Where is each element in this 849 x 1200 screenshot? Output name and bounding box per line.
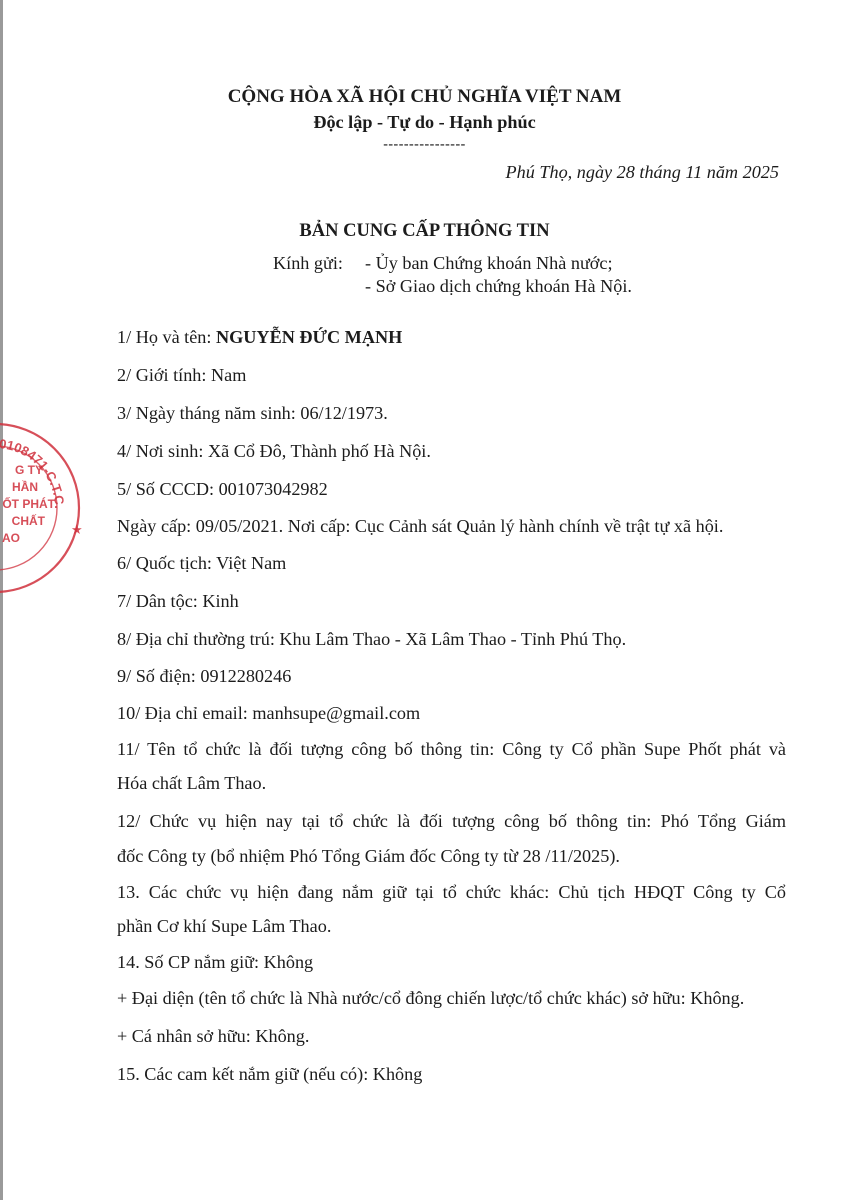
item-id-number: 5/ Số CCCD: 001073042982 xyxy=(117,478,328,500)
header-separator: ---------------- xyxy=(0,134,849,156)
item-id-issue: Ngày cấp: 09/05/2021. Nơi cấp: Cục Cảnh … xyxy=(117,515,723,537)
place-date: Phú Thọ, ngày 28 tháng 11 năm 2025 xyxy=(506,161,779,183)
national-motto: Độc lập - Tự do - Hạnh phúc xyxy=(0,111,849,133)
document-title: BẢN CUNG CẤP THÔNG TIN xyxy=(0,220,849,242)
item-email: 10/ Địa chỉ email: manhsupe@gmail.com xyxy=(117,702,420,724)
item-holding-commitments: 15. Các cam kết nắm giữ (nếu có): Không xyxy=(117,1063,422,1085)
item-shares-personal: + Cá nhân sở hữu: Không. xyxy=(117,1025,309,1047)
item-position-line1: 12/ Chức vụ hiện nay tại tổ chức là đối … xyxy=(117,810,786,832)
item-shares-represented: + Đại diện (tên tổ chức là Nhà nước/cổ đ… xyxy=(117,987,744,1009)
svg-text:G TY: G TY xyxy=(15,463,43,477)
item-ethnicity: 7/ Dân tộc: Kinh xyxy=(117,590,239,612)
recipient-hnx: - Sở Giao dịch chứng khoán Hà Nội. xyxy=(365,275,632,297)
item-birth-place: 4/ Nơi sinh: Xã Cổ Đô, Thành phố Hà Nội. xyxy=(117,440,431,462)
item-nationality: 6/ Quốc tịch: Việt Nam xyxy=(117,552,286,574)
national-title: CỘNG HÒA XÃ HỘI CHỦ NGHĨA VIỆT NAM xyxy=(0,86,849,108)
svg-text:CHẤT: CHẤT xyxy=(12,513,46,528)
item-shares-held: 14. Số CP nắm giữ: Không xyxy=(117,951,313,973)
item-organization-line2: Hóa chất Lâm Thao. xyxy=(117,772,266,794)
item-other-positions-line2: phần Cơ khí Supe Lâm Thao. xyxy=(117,915,331,937)
scan-edge xyxy=(0,0,3,1200)
item-phone: 9/ Số điện: 0912280246 xyxy=(117,665,291,687)
star-icon: ★ xyxy=(71,522,83,537)
svg-text:HẦN: HẦN xyxy=(12,479,38,494)
company-seal: 0108471-C.T.C.P PHÚ THỌ G TY HẦN ỐT PHÁT… xyxy=(0,418,85,598)
item-other-positions-line1: 13. Các chức vụ hiện đang nắm giữ tại tổ… xyxy=(117,881,786,903)
item-birth-date: 3/ Ngày tháng năm sinh: 06/12/1973. xyxy=(117,402,388,424)
full-name-label: 1/ Họ và tên: xyxy=(117,327,216,347)
item-full-name: 1/ Họ và tên: NGUYỄN ĐỨC MẠNH xyxy=(117,326,402,348)
recipients-label: Kính gửi: xyxy=(273,252,343,274)
item-position-line2: đốc Công ty (bổ nhiệm Phó Tổng Giám đốc … xyxy=(117,845,620,867)
svg-text:AO: AO xyxy=(2,531,20,545)
item-gender: 2/ Giới tính: Nam xyxy=(117,364,246,386)
item-address: 8/ Địa chỉ thường trú: Khu Lâm Thao - Xã… xyxy=(117,628,626,650)
svg-text:ỐT PHÁT: ỐT PHÁT xyxy=(2,496,55,511)
item-organization-line1: 11/ Tên tổ chức là đối tượng công bố thô… xyxy=(117,738,786,760)
full-name-value: NGUYỄN ĐỨC MẠNH xyxy=(216,327,402,347)
recipient-ssc: - Ủy ban Chứng khoán Nhà nước; xyxy=(365,252,613,274)
